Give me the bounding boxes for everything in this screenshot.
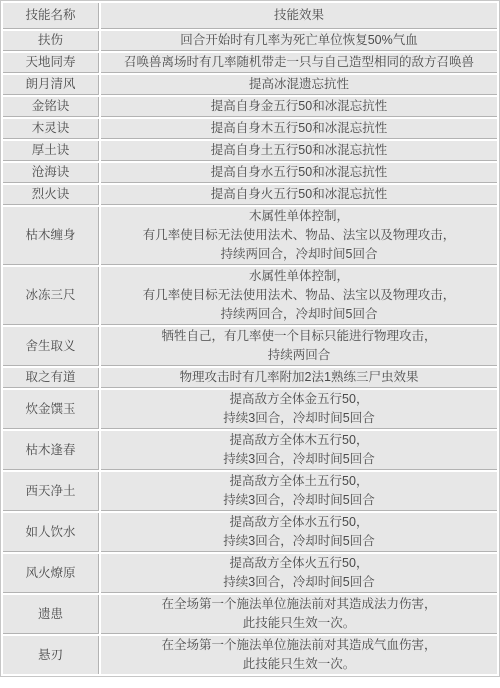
skill-effect-cell: 提高敌方全体火五行50，持续3回合，冷却时间5回合 [101, 554, 497, 593]
table-row: 烈火诀提高自身火五行50和冰混忘抗性 [3, 185, 497, 205]
table-row: 遗患在全场第一个施法单位施法前对其造成法力伤害，此技能只生效一次。 [3, 595, 497, 634]
table-row: 悬刃在全场第一个施法单位施法前对其造成气血伤害，此技能只生效一次。 [3, 636, 497, 674]
skill-effect-cell: 召唤兽离场时有几率随机带走一只与自己造型相同的敌方召唤兽 [101, 53, 497, 73]
skill-effect-cell: 提高自身火五行50和冰混忘抗性 [101, 185, 497, 205]
skill-name-cell: 朗月清风 [3, 75, 99, 95]
table-row: 枯木逢春提高敌方全体木五行50，持续3回合，冷却时间5回合 [3, 431, 497, 470]
skill-name-cell: 舍生取义 [3, 327, 99, 366]
skill-effect-cell: 在全场第一个施法单位施法前对其造成气血伤害，此技能只生效一次。 [101, 636, 497, 674]
table-row: 枯木缠身木属性单体控制，有几率使目标无法使用法术、物品、法宝以及物理攻击，持续两… [3, 207, 497, 265]
skill-name-cell: 厚土诀 [3, 141, 99, 161]
skill-name-cell: 烈火诀 [3, 185, 99, 205]
skill-effect-cell: 提高自身水五行50和冰混忘抗性 [101, 163, 497, 183]
skill-effect-cell: 物理攻击时有几率附加2法1熟练三尸虫效果 [101, 368, 497, 388]
table-row: 西天净土提高敌方全体土五行50，持续3回合，冷却时间5回合 [3, 472, 497, 511]
table-body: 扶伤回合开始时有几率为死亡单位恢复50%气血天地同寿召唤兽离场时有几率随机带走一… [3, 31, 497, 674]
table-row: 厚土诀提高自身土五行50和冰混忘抗性 [3, 141, 497, 161]
skill-name-cell: 悬刃 [3, 636, 99, 674]
skill-effect-cell: 牺牲自己，有几率使一个目标只能进行物理攻击，持续两回合 [101, 327, 497, 366]
skill-name-cell: 冰冻三尺 [3, 267, 99, 325]
table-header-row: 技能名称 技能效果 [3, 3, 497, 29]
skill-effect-cell: 提高敌方全体水五行50，持续3回合，冷却时间5回合 [101, 513, 497, 552]
skill-name-cell: 西天净土 [3, 472, 99, 511]
skill-table: 技能名称 技能效果 扶伤回合开始时有几率为死亡单位恢复50%气血天地同寿召唤兽离… [0, 0, 500, 677]
table-row: 取之有道物理攻击时有几率附加2法1熟练三尸虫效果 [3, 368, 497, 388]
skill-name-cell: 扶伤 [3, 31, 99, 51]
table-row: 朗月清风提高冰混遗忘抗性 [3, 75, 497, 95]
skill-effect-cell: 提高敌方全体土五行50，持续3回合，冷却时间5回合 [101, 472, 497, 511]
skill-name-cell: 取之有道 [3, 368, 99, 388]
skill-name-cell: 炊金馔玉 [3, 390, 99, 429]
skill-name-cell: 枯木缠身 [3, 207, 99, 265]
skill-effect-cell: 提高自身土五行50和冰混忘抗性 [101, 141, 497, 161]
table-row: 扶伤回合开始时有几率为死亡单位恢复50%气血 [3, 31, 497, 51]
table-row: 木灵诀提高自身木五行50和冰混忘抗性 [3, 119, 497, 139]
column-header-skill-name: 技能名称 [3, 3, 99, 29]
table-row: 炊金馔玉提高敌方全体金五行50，持续3回合，冷却时间5回合 [3, 390, 497, 429]
table-row: 金铭诀提高自身金五行50和冰混忘抗性 [3, 97, 497, 117]
table-row: 舍生取义牺牲自己，有几率使一个目标只能进行物理攻击，持续两回合 [3, 327, 497, 366]
skill-name-cell: 金铭诀 [3, 97, 99, 117]
table-row: 如人饮水提高敌方全体水五行50，持续3回合，冷却时间5回合 [3, 513, 497, 552]
column-header-skill-effect: 技能效果 [101, 3, 497, 29]
skill-name-cell: 如人饮水 [3, 513, 99, 552]
skill-effect-cell: 提高自身木五行50和冰混忘抗性 [101, 119, 497, 139]
table-row: 沧海诀提高自身水五行50和冰混忘抗性 [3, 163, 497, 183]
skill-effect-cell: 回合开始时有几率为死亡单位恢复50%气血 [101, 31, 497, 51]
table-row: 冰冻三尺水属性单体控制，有几率使目标无法使用法术、物品、法宝以及物理攻击，持续两… [3, 267, 497, 325]
skill-effect-cell: 木属性单体控制，有几率使目标无法使用法术、物品、法宝以及物理攻击，持续两回合，冷… [101, 207, 497, 265]
skill-effect-cell: 提高自身金五行50和冰混忘抗性 [101, 97, 497, 117]
skill-effect-cell: 水属性单体控制，有几率使目标无法使用法术、物品、法宝以及物理攻击，持续两回合，冷… [101, 267, 497, 325]
table-row: 天地同寿召唤兽离场时有几率随机带走一只与自己造型相同的敌方召唤兽 [3, 53, 497, 73]
skill-effect-cell: 提高冰混遗忘抗性 [101, 75, 497, 95]
skill-name-cell: 天地同寿 [3, 53, 99, 73]
skill-name-cell: 枯木逢春 [3, 431, 99, 470]
skill-name-cell: 木灵诀 [3, 119, 99, 139]
skill-effect-cell: 提高敌方全体木五行50，持续3回合，冷却时间5回合 [101, 431, 497, 470]
table-row: 风火燎原提高敌方全体火五行50，持续3回合，冷却时间5回合 [3, 554, 497, 593]
skill-effect-cell: 在全场第一个施法单位施法前对其造成法力伤害，此技能只生效一次。 [101, 595, 497, 634]
skill-name-cell: 遗患 [3, 595, 99, 634]
skill-name-cell: 风火燎原 [3, 554, 99, 593]
skill-effect-cell: 提高敌方全体金五行50，持续3回合，冷却时间5回合 [101, 390, 497, 429]
skill-name-cell: 沧海诀 [3, 163, 99, 183]
